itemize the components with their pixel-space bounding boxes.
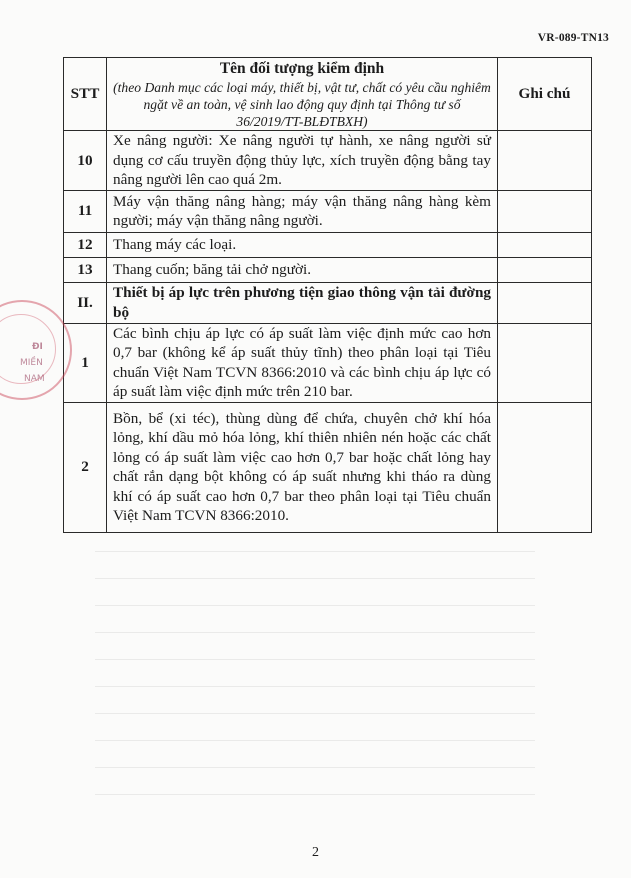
- bleed-through-text: [95, 525, 535, 815]
- inspection-objects-table: STT Tên đối tượng kiểm định (theo Danh m…: [63, 57, 592, 533]
- document-code: VR-089-TN13: [538, 32, 609, 44]
- row-name: Các bình chịu áp lực có áp suất làm việc…: [107, 323, 498, 402]
- table-row: 12 Thang máy các loại.: [64, 232, 592, 257]
- seal-text: ĐI: [32, 342, 43, 352]
- row-note: [498, 232, 592, 257]
- table-header-row: STT Tên đối tượng kiểm định (theo Danh m…: [64, 58, 592, 131]
- section-title: Thiết bị áp lực trên phương tiện giao th…: [107, 282, 498, 323]
- row-note: [498, 190, 592, 232]
- table-row: 10 Xe nâng người: Xe nâng người tự hành,…: [64, 131, 592, 191]
- official-seal-stamp: ĐI MIỀN NAM: [0, 300, 72, 400]
- section-row: II. Thiết bị áp lực trên phương tiện gia…: [64, 282, 592, 323]
- row-note: [498, 257, 592, 282]
- row-stt: 12: [64, 232, 107, 257]
- header-note: Ghi chú: [498, 58, 592, 131]
- row-name: Bồn, bể (xi téc), thùng dùng để chứa, ch…: [107, 402, 498, 532]
- row-stt: 1: [64, 323, 107, 402]
- row-name: Xe nâng người: Xe nâng người tự hành, xe…: [107, 131, 498, 191]
- row-name: Máy vận thăng nâng hàng; máy vận thăng n…: [107, 190, 498, 232]
- row-note: [498, 131, 592, 191]
- header-name-title: Tên đối tượng kiểm định: [113, 59, 491, 79]
- seal-text: MIỀN: [20, 358, 43, 368]
- row-name: Thang máy các loại.: [107, 232, 498, 257]
- seal-text: NAM: [24, 374, 45, 384]
- row-stt: 13: [64, 257, 107, 282]
- section-number: II.: [64, 282, 107, 323]
- page-number: 2: [0, 845, 631, 861]
- table-row: 11 Máy vận thăng nâng hàng; máy vận thăn…: [64, 190, 592, 232]
- row-note: [498, 402, 592, 532]
- row-stt: 10: [64, 131, 107, 191]
- header-stt: STT: [64, 58, 107, 131]
- header-name: Tên đối tượng kiểm định (theo Danh mục c…: [107, 58, 498, 131]
- table-row: 13 Thang cuốn; băng tải chở người.: [64, 257, 592, 282]
- row-stt: 11: [64, 190, 107, 232]
- row-note: [498, 282, 592, 323]
- table-row: 1 Các bình chịu áp lực có áp suất làm vi…: [64, 323, 592, 402]
- row-note: [498, 323, 592, 402]
- seal-inner-ring: [0, 314, 56, 384]
- table-row: 2 Bồn, bể (xi téc), thùng dùng để chứa, …: [64, 402, 592, 532]
- header-name-subtitle: (theo Danh mục các loại máy, thiết bị, v…: [113, 79, 491, 130]
- row-name: Thang cuốn; băng tải chở người.: [107, 257, 498, 282]
- row-stt: 2: [64, 402, 107, 532]
